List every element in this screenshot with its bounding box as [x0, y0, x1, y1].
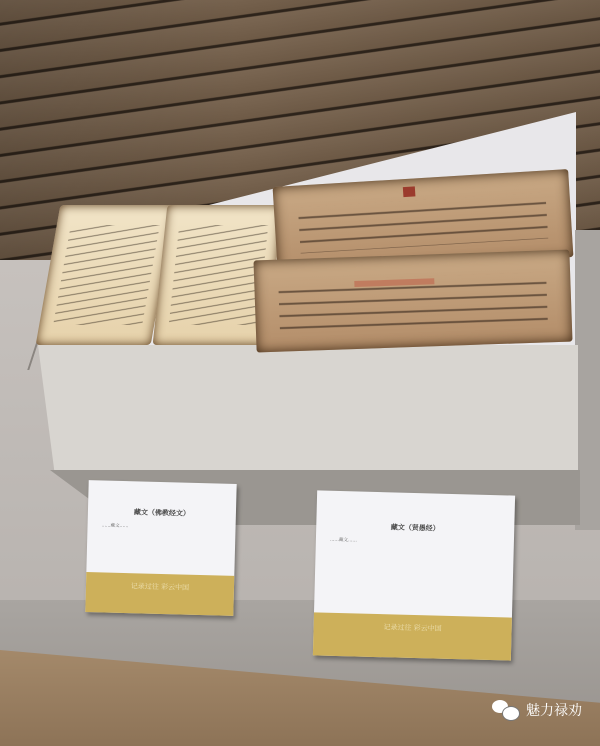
exhibit-label-right: 藏文（贤愚经） ……藏文…… 记录过往 彩云中国: [313, 490, 515, 660]
open-book-manuscript: [40, 205, 280, 355]
museum-display-photo: 藏文（佛教经文） ……藏文…… 记录过往 彩云中国 藏文（贤愚经） ……藏文………: [0, 0, 600, 746]
watermark: 魅力禄劝: [492, 700, 582, 720]
label-body: ……藏文……: [87, 516, 235, 534]
watermark-text: 魅力禄劝: [526, 700, 582, 720]
label-band: 记录过往 彩云中国: [85, 572, 234, 615]
plinth-slope: [38, 345, 578, 470]
handwritten-script: [53, 225, 160, 325]
exhibit-label-left: 藏文（佛教经文） ……藏文…… 记录过往 彩云中国: [85, 480, 236, 616]
label-band: 记录过往 彩云中国: [313, 613, 512, 661]
pothi-leaf-bottom: [253, 250, 572, 353]
tibetan-script: [298, 192, 548, 253]
tibetan-script: [278, 272, 548, 331]
wechat-icon: [492, 700, 520, 720]
red-seal-mark: [403, 186, 416, 197]
